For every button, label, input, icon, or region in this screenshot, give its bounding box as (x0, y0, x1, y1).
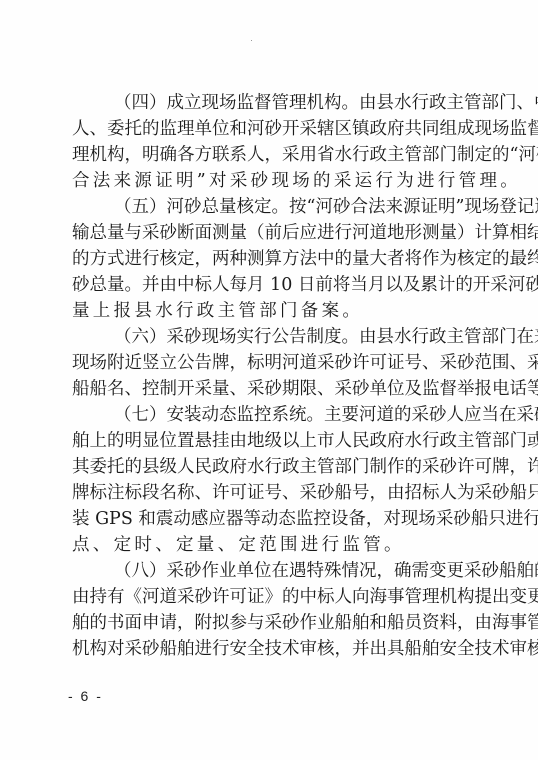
text-line: （六）采砂现场实行公告制度。由县水行政主管部门在采砂 (72, 324, 474, 350)
text-line: 由持有《河道采砂许可证》的中标人向海事管理机构提出变更船 (72, 584, 474, 610)
paragraph-4: （四）成立现场监督管理机构。由县水行政主管部门、中标 人、委托的监理单位和河砂开… (72, 90, 474, 194)
page-number: - 6 - (68, 688, 103, 704)
text-line: 理机构，明确各方联系人，采用省水行政主管部门制定的“河砂 (72, 142, 474, 168)
document-page: （四）成立现场监督管理机构。由县水行政主管部门、中标 人、委托的监理单位和河砂开… (0, 0, 538, 760)
text-line: 输总量与采砂断面测量（前后应进行河道地形测量）计算相结合 (72, 220, 474, 246)
document-body: （四）成立现场监督管理机构。由县水行政主管部门、中标 人、委托的监理单位和河砂开… (72, 90, 474, 662)
text-line: 的方式进行核定，两种测算方法中的量大者将作为核定的最终采 (72, 246, 474, 272)
text-line: （七）安装动态监控系统。主要河道的采砂人应当在采砂船 (72, 402, 474, 428)
text-line: 舶上的明显位置悬挂由地级以上市人民政府水行政主管部门或 (72, 428, 474, 454)
text-line: 船船名、控制开采量、采砂期限、采砂单位及监督举报电话等。 (72, 376, 474, 402)
scan-artifact (251, 40, 252, 41)
paragraph-8: （八）采砂作业单位在遇特殊情况，确需变更采砂船舶的， 由持有《河道采砂许可证》的… (72, 558, 474, 662)
text-line: 点、定时、定量、定范围进行监管。 (72, 532, 474, 558)
text-line: 机构对采砂船舶进行安全技术审核，并出具船舶安全技术审核意 (72, 636, 474, 662)
paragraph-6: （六）采砂现场实行公告制度。由县水行政主管部门在采砂 现场附近竖立公告牌，标明河… (72, 324, 474, 402)
text-line: 合法来源证明”对采砂现场的采运行为进行管理。 (72, 168, 474, 194)
text-line: （四）成立现场监督管理机构。由县水行政主管部门、中标 (72, 90, 474, 116)
text-line: 舶的书面申请，附拟参与采砂作业船舶和船员资料，由海事管理 (72, 610, 474, 636)
text-line: 牌标注标段名称、许可证号、采砂船号，由招标人为采砂船只安 (72, 480, 474, 506)
text-line: （五）河砂总量核定。按“河砂合法来源证明”现场登记运 (72, 194, 474, 220)
text-line: 其委托的县级人民政府水行政主管部门制作的采砂许可牌，许可 (72, 454, 474, 480)
paragraph-7: （七）安装动态监控系统。主要河道的采砂人应当在采砂船 舶上的明显位置悬挂由地级以… (72, 402, 474, 558)
text-line: 现场附近竖立公告牌，标明河道采砂许可证号、采砂范围、采砂 (72, 350, 474, 376)
text-line: 量上报县水行政主管部门备案。 (72, 298, 474, 324)
text-line: （八）采砂作业单位在遇特殊情况，确需变更采砂船舶的， (72, 558, 474, 584)
paragraph-5: （五）河砂总量核定。按“河砂合法来源证明”现场登记运 输总量与采砂断面测量（前后… (72, 194, 474, 324)
text-line: 人、委托的监理单位和河砂开采辖区镇政府共同组成现场监督管 (72, 116, 474, 142)
text-line: 砂总量。并由中标人每月 10 日前将当月以及累计的开采河砂总 (72, 272, 474, 298)
text-line: 装 GPS 和震动感应器等动态监控设备，对现场采砂船只进行定 (72, 506, 474, 532)
